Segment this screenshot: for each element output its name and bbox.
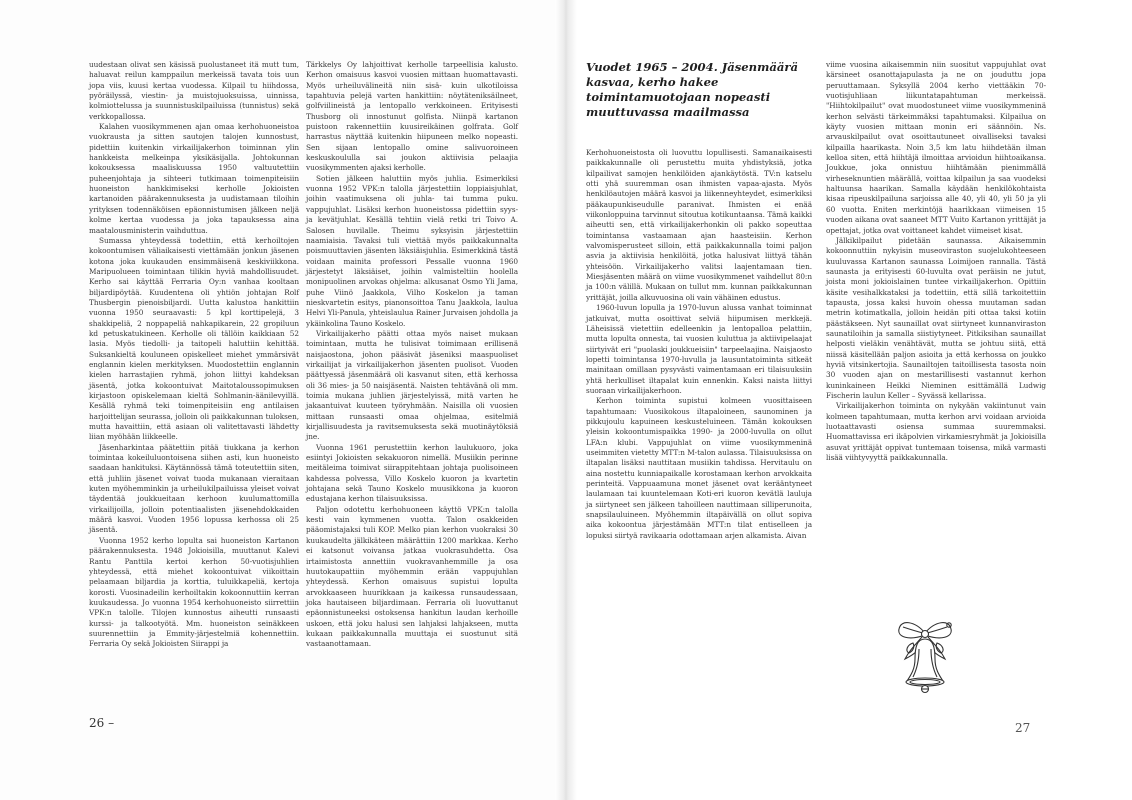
left-page-column-1: uudestaan olivat sen käsissä puolustanee…	[89, 60, 299, 650]
page-number-left: 26 –	[89, 716, 114, 730]
book-gutter-shadow	[555, 0, 577, 800]
paragraph: 1960-luvun lopulla ja 1970-luvun alussa …	[586, 303, 812, 396]
paragraph: viime vuosina aikaisemmin niin suositut …	[826, 60, 1046, 236]
left-page-column-2: Tärkkelys Oy lahjoittivat kerholle tarpe…	[306, 60, 518, 650]
paragraph: uudestaan olivat sen käsissä puolustanee…	[89, 60, 299, 122]
left-page: uudestaan olivat sen käsissä puolustanee…	[0, 0, 566, 800]
paragraph: Tärkkelys Oy lahjoittivat kerholle tarpe…	[306, 60, 518, 174]
paragraph: Kerhohuoneistosta oli luovuttu lopullise…	[586, 148, 812, 303]
bell-ornament-icon	[895, 615, 955, 705]
right-page-column-2: viime vuosina aikaisemmin niin suositut …	[826, 60, 1046, 463]
paragraph: Sotien jälkeen haluttiin myös juhlia. Es…	[306, 174, 518, 329]
book-spread: uudestaan olivat sen käsissä puolustanee…	[0, 0, 1132, 800]
paragraph: Sumassa yhteydessä todettiin, että kerho…	[89, 236, 299, 443]
paragraph: Paljon odotettu kerhohuoneen käyttö VPK:…	[306, 505, 518, 650]
right-page-column-1: Kerhohuoneistosta oli luovuttu lopullise…	[586, 148, 812, 541]
paragraph: Kerhon toiminta supistui kolmeen vuositt…	[586, 396, 812, 541]
paragraph: Jäsenharkintaa päätettiin pitää tiukkana…	[89, 443, 299, 536]
paragraph: Jälkikilpailut pidetään saunassa. Aikais…	[826, 236, 1046, 402]
paragraph: Kalahen vuosikymmenen ajan omaa kerhohuo…	[89, 122, 299, 236]
paragraph: Virkailijakerhon toiminta on nykyään vak…	[826, 401, 1046, 463]
paragraph: Vuonna 1961 perustettiin kerhon laulukuo…	[306, 443, 518, 505]
paragraph: Virkailijakerho päätti ottaa myös naiset…	[306, 329, 518, 443]
page-number-right: 27	[1015, 721, 1030, 735]
section-heading: Vuodet 1965 – 2004. Jäsenmäärä kasvaa, k…	[586, 60, 812, 120]
paragraph: Vuonna 1952 kerho lopulta sai huoneiston…	[89, 536, 299, 650]
